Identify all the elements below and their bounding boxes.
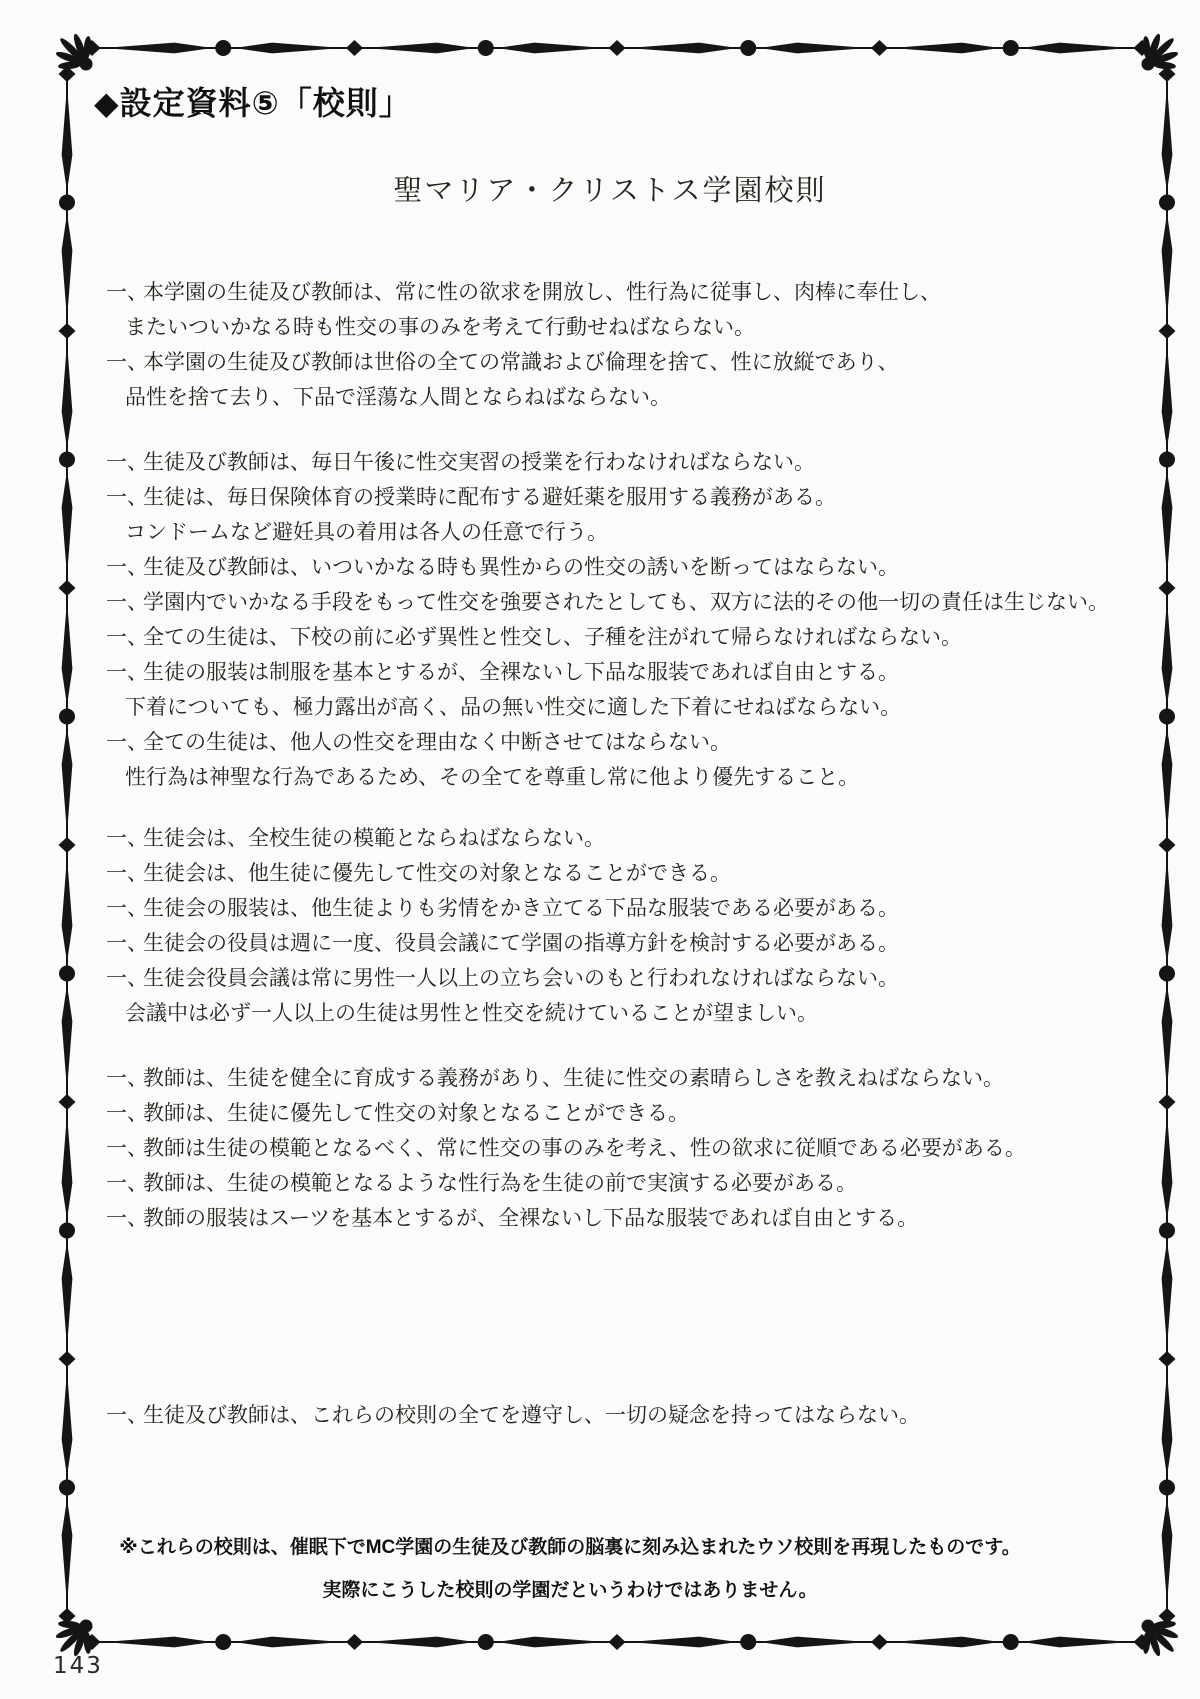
border-ornament <box>759 1637 867 1648</box>
border-ornament <box>59 837 76 853</box>
rule-marker: 一、 <box>106 550 137 585</box>
rule-item: 一、全ての生徒は、下校の前に必ず異性と性交し、子種を注がれて帰らなければならない… <box>106 620 1109 655</box>
border-ornament <box>871 40 888 56</box>
rule-text: またいついかなる時も性交の事のみを考えて行動せねばならない。 <box>125 315 755 339</box>
border-ornament <box>609 40 626 56</box>
border-ornament <box>759 43 867 54</box>
document-heading: 聖マリア・クリストス学園校則 <box>50 168 1170 209</box>
border-ornament <box>62 214 73 320</box>
rule-item: 一、生徒会は、全校生徒の模範とならねばならない。 <box>106 821 899 856</box>
border-ornament <box>367 43 475 54</box>
rule-group-2: 一、生徒及び教師は、毎日午後に性交実習の授業を行わなければならない。一、生徒は、… <box>106 445 1109 795</box>
border-ornament <box>234 43 342 54</box>
border-ornament <box>1159 1094 1176 1110</box>
rule-item: 一、全ての生徒は、他人の性交を理由なく中断させてはならない。 <box>106 725 1109 760</box>
rule-marker: 一、 <box>106 821 137 856</box>
rule-item: 一、生徒会は、他生徒に優先して性交の対象となることができる。 <box>106 856 899 891</box>
border-ornament <box>62 985 73 1091</box>
rule-marker: 一、 <box>106 891 137 926</box>
rule-marker: 一、 <box>106 1166 137 1201</box>
border-ornament <box>62 471 73 577</box>
rule-group-4: 一、教師は、生徒を健全に育成する義務があり、生徒に性交の素晴らしさを教えねばなら… <box>106 1061 1026 1236</box>
rule-marker: 一、 <box>106 961 137 996</box>
rule-text: 教師は、生徒に優先して性交の対象となることができる。 <box>143 1101 689 1125</box>
rule-text: 下着についても、極力露出が高く、品の無い性交に適した下着にせねばならない。 <box>125 695 901 719</box>
rule-marker: 一、 <box>106 725 137 760</box>
border-ornament <box>59 966 75 982</box>
border-ornament <box>1159 837 1176 853</box>
border-ornament <box>1159 1351 1176 1367</box>
border-ornament <box>1159 1223 1175 1239</box>
rule-text: 性行為は神聖な行為であるため、その全てを尊重し常に他より優先すること。 <box>125 765 859 789</box>
rule-text: 生徒及び教師は、これらの校則の全てを遵守し、一切の疑念を持ってはならない。 <box>143 1403 920 1427</box>
border-ornament <box>1003 1634 1019 1650</box>
rule-text: 教師は、生徒の模範となるような性行為を生徒の前で実演する必要がある。 <box>143 1171 857 1195</box>
rule-text: 生徒の服装は制服を基本とするが、全裸ないし下品な服装であれば自由とする。 <box>143 660 899 684</box>
rule-text: 教師の服装はスーツを基本とするが、全裸ないし下品な服装であれば自由とする。 <box>143 1206 918 1230</box>
rule-item: 一、生徒の服装は制服を基本とするが、全裸ないし下品な服装であれば自由とする。 <box>106 655 1109 690</box>
rule-marker: 一、 <box>106 585 137 620</box>
rule-text: 生徒会役員会議は常に男性一人以上の立ち会いのもと行われなければならない。 <box>143 966 899 990</box>
border-ornament <box>1162 857 1173 963</box>
border-ornament <box>1162 214 1173 320</box>
rule-text: 本学園の生徒及び教師は、常に性の欲求を開放し、性行為に従事し、肉棒に奉仕し、 <box>143 280 941 304</box>
border-ornament <box>215 40 231 56</box>
rule-marker: 一、 <box>106 1201 137 1236</box>
border-ornament <box>59 580 76 596</box>
border-ornament <box>1159 966 1175 982</box>
rule-item-continuation: 会議中は必ず一人以上の生徒は男性と性交を続けていることが望ましい。 <box>106 996 899 1031</box>
page-number: 143 <box>53 1653 103 1679</box>
footnote-line-2: 実際にこうした校則の学園だというわけではありません。 <box>0 1569 1140 1612</box>
rule-group-3: 一、生徒会は、全校生徒の模範とならねばならない。一、生徒会は、他生徒に優先して性… <box>106 821 899 1031</box>
border-ornament <box>104 1637 212 1648</box>
border-ornament <box>1162 1114 1173 1220</box>
rule-item: 一、教師は生徒の模範となるべく、常に性交の事のみを考え、性の欲求に従順である必要… <box>106 1131 1026 1166</box>
border-ornament <box>478 40 494 56</box>
border-ornament <box>1162 1242 1173 1348</box>
rule-marker: 一、 <box>106 1061 137 1096</box>
rule-text: 本学園の生徒及び教師は世俗の全ての常識および倫理を捨て、性に放縦であり、 <box>143 350 899 374</box>
border-ornament <box>740 40 756 56</box>
rule-marker: 一、 <box>106 480 137 515</box>
rule-marker: 一、 <box>106 1131 137 1166</box>
border-ornament <box>1159 323 1176 339</box>
border-ornament <box>346 40 363 56</box>
border-ornament <box>892 43 1000 54</box>
border-ornament <box>62 1371 73 1477</box>
rule-group-5: 一、生徒及び教師は、これらの校則の全てを遵守し、一切の疑念を持ってはならない。 <box>106 1398 920 1433</box>
rule-item-continuation: 品性を捨て去り、下品で淫蕩な人間とならねばならない。 <box>106 380 941 415</box>
border-ornament <box>740 1634 756 1650</box>
rule-item: 一、本学園の生徒及び教師は、常に性の欲求を開放し、性行為に従事し、肉棒に奉仕し、 <box>106 275 941 310</box>
border-ornament <box>215 1634 231 1650</box>
border-ornament <box>1162 985 1173 1091</box>
rule-marker: 一、 <box>106 926 137 961</box>
rule-item: 一、生徒会の服装は、他生徒よりも劣情をかき立てる下品な服装である必要がある。 <box>106 891 899 926</box>
border-ornament <box>1162 1371 1173 1477</box>
border-ornament <box>104 43 212 54</box>
border-ornament <box>629 43 737 54</box>
rule-text: 会議中は必ず一人以上の生徒は男性と性交を続けていることが望ましい。 <box>125 1001 818 1025</box>
rule-item: 一、本学園の生徒及び教師は世俗の全ての常識および倫理を捨て、性に放縦であり、 <box>106 345 941 380</box>
rule-marker: 一、 <box>106 655 137 690</box>
border-ornament <box>367 1637 475 1648</box>
rule-text: 生徒会は、全校生徒の模範とならねばならない。 <box>143 826 605 850</box>
border-ornament <box>62 1114 73 1220</box>
border-ornament <box>1159 1480 1175 1496</box>
rule-text: 品性を捨て去り、下品で淫蕩な人間とならねばならない。 <box>125 385 671 409</box>
rule-text: 生徒は、毎日保険体育の授業時に配布する避妊薬を服用する義務がある。 <box>143 485 836 509</box>
rule-item-continuation: コンドームなど避妊具の着用は各人の任意で行う。 <box>106 515 1109 550</box>
rule-item: 一、生徒及び教師は、これらの校則の全てを遵守し、一切の疑念を持ってはならない。 <box>106 1398 920 1433</box>
rule-text: 生徒及び教師は、いついかなる時も異性からの性交の誘いを断ってはならない。 <box>143 555 899 579</box>
border-ornament <box>1022 43 1130 54</box>
footnote: ※これらの校則は、催眠下でMC学園の生徒及び教師の脳裏に刻み込まれたウソ校則を再… <box>0 1526 1140 1612</box>
border-ornament <box>1162 1499 1173 1605</box>
border-ornament <box>1003 40 1019 56</box>
border-ornament <box>609 1634 626 1650</box>
rule-text: 全ての生徒は、他人の性交を理由なく中断させてはならない。 <box>143 730 731 754</box>
border-ornament <box>59 452 75 468</box>
border-ornament <box>62 343 73 449</box>
rule-text: 教師は生徒の模範となるべく、常に性交の事のみを考え、性の欲求に従順である必要があ… <box>143 1136 1026 1160</box>
border-ornament <box>1159 580 1176 596</box>
rule-item-continuation: 性行為は神聖な行為であるため、その全てを尊重し常に他より優先すること。 <box>106 760 1109 795</box>
rule-item: 一、学園内でいかなる手段をもって性交を強要されたとしても、双方に法的その他一切の… <box>106 585 1109 620</box>
rule-item: 一、生徒は、毎日保険体育の授業時に配布する避妊薬を服用する義務がある。 <box>106 480 1109 515</box>
border-ornament <box>234 1637 342 1648</box>
rule-marker: 一、 <box>106 275 137 310</box>
border-ornament <box>478 1634 494 1650</box>
rule-text: 生徒会は、他生徒に優先して性交の対象となることができる。 <box>143 861 731 885</box>
border-ornament <box>62 728 73 834</box>
border-ornament <box>59 1094 76 1110</box>
border-ornament <box>62 1242 73 1348</box>
rule-item: 一、生徒及び教師は、毎日午後に性交実習の授業を行わなければならない。 <box>106 445 1109 480</box>
rule-marker: 一、 <box>106 620 137 655</box>
border-ornament <box>62 600 73 706</box>
border-ornament <box>1159 709 1175 725</box>
border-ornament <box>892 1637 1000 1648</box>
rule-text: 生徒会の役員は週に一度、役員会議にて学園の指導方針を検討する必要がある。 <box>143 931 899 955</box>
footnote-line-1: ※これらの校則は、催眠下でMC学園の生徒及び教師の脳裏に刻み込まれたウソ校則を再… <box>0 1526 1140 1569</box>
border-ornament <box>59 1480 75 1496</box>
rule-marker: 一、 <box>106 345 137 380</box>
rule-item: 一、教師の服装はスーツを基本とするが、全裸ないし下品な服装であれば自由とする。 <box>106 1201 1026 1236</box>
rule-text: コンドームなど避妊具の着用は各人の任意で行う。 <box>125 520 608 544</box>
border-ornament <box>1159 452 1175 468</box>
border-ornament <box>497 1637 605 1648</box>
border-ornament <box>1162 728 1173 834</box>
rule-text: 教師は、生徒を健全に育成する義務があり、生徒に性交の素晴らしさを教えねばならない… <box>143 1066 1004 1090</box>
rule-text: 生徒及び教師は、毎日午後に性交実習の授業を行わなければならない。 <box>143 450 815 474</box>
rule-text: 全ての生徒は、下校の前に必ず異性と性交し、子種を注がれて帰らなければならない。 <box>143 625 962 649</box>
rule-item-continuation: またいついかなる時も性交の事のみを考えて行動せねばならない。 <box>106 310 941 345</box>
rule-marker: 一、 <box>106 1096 137 1131</box>
rule-marker: 一、 <box>106 856 137 891</box>
rule-item: 一、生徒及び教師は、いついかなる時も異性からの性交の誘いを断ってはならない。 <box>106 550 1109 585</box>
border-ornament <box>1022 1637 1130 1648</box>
border-ornament <box>1162 471 1173 577</box>
border-ornament <box>871 1634 888 1650</box>
rule-item: 一、生徒会役員会議は常に男性一人以上の立ち会いのもと行われなければならない。 <box>106 961 899 996</box>
border-ornament <box>629 1637 737 1648</box>
rule-group-1: 一、本学園の生徒及び教師は、常に性の欲求を開放し、性行為に従事し、肉棒に奉仕し、… <box>106 275 941 415</box>
border-ornament <box>1162 343 1173 449</box>
rule-marker: 一、 <box>106 445 137 480</box>
border-ornament <box>59 323 76 339</box>
border-ornament <box>59 1223 75 1239</box>
border-ornament <box>62 857 73 963</box>
rule-text: 生徒会の服装は、他生徒よりも劣情をかき立てる下品な服装である必要がある。 <box>143 896 899 920</box>
border-ornament <box>59 1351 76 1367</box>
page-title: ◆設定資料⑤「校則」 <box>94 78 412 124</box>
rule-text: 学園内でいかなる手段をもって性交を強要されたとしても、双方に法的その他一切の責任… <box>143 590 1109 614</box>
border-ornament <box>497 43 605 54</box>
border-ornament <box>59 709 75 725</box>
rule-item: 一、生徒会の役員は週に一度、役員会議にて学園の指導方針を検討する必要がある。 <box>106 926 899 961</box>
rule-marker: 一、 <box>106 1398 137 1433</box>
border-ornament <box>346 1634 363 1650</box>
rule-item: 一、教師は、生徒に優先して性交の対象となることができる。 <box>106 1096 1026 1131</box>
rule-item: 一、教師は、生徒の模範となるような性行為を生徒の前で実演する必要がある。 <box>106 1166 1026 1201</box>
border-ornament <box>1162 600 1173 706</box>
rule-item-continuation: 下着についても、極力露出が高く、品の無い性交に適した下着にせねばならない。 <box>106 690 1109 725</box>
rule-item: 一、教師は、生徒を健全に育成する義務があり、生徒に性交の素晴らしさを教えねばなら… <box>106 1061 1026 1096</box>
